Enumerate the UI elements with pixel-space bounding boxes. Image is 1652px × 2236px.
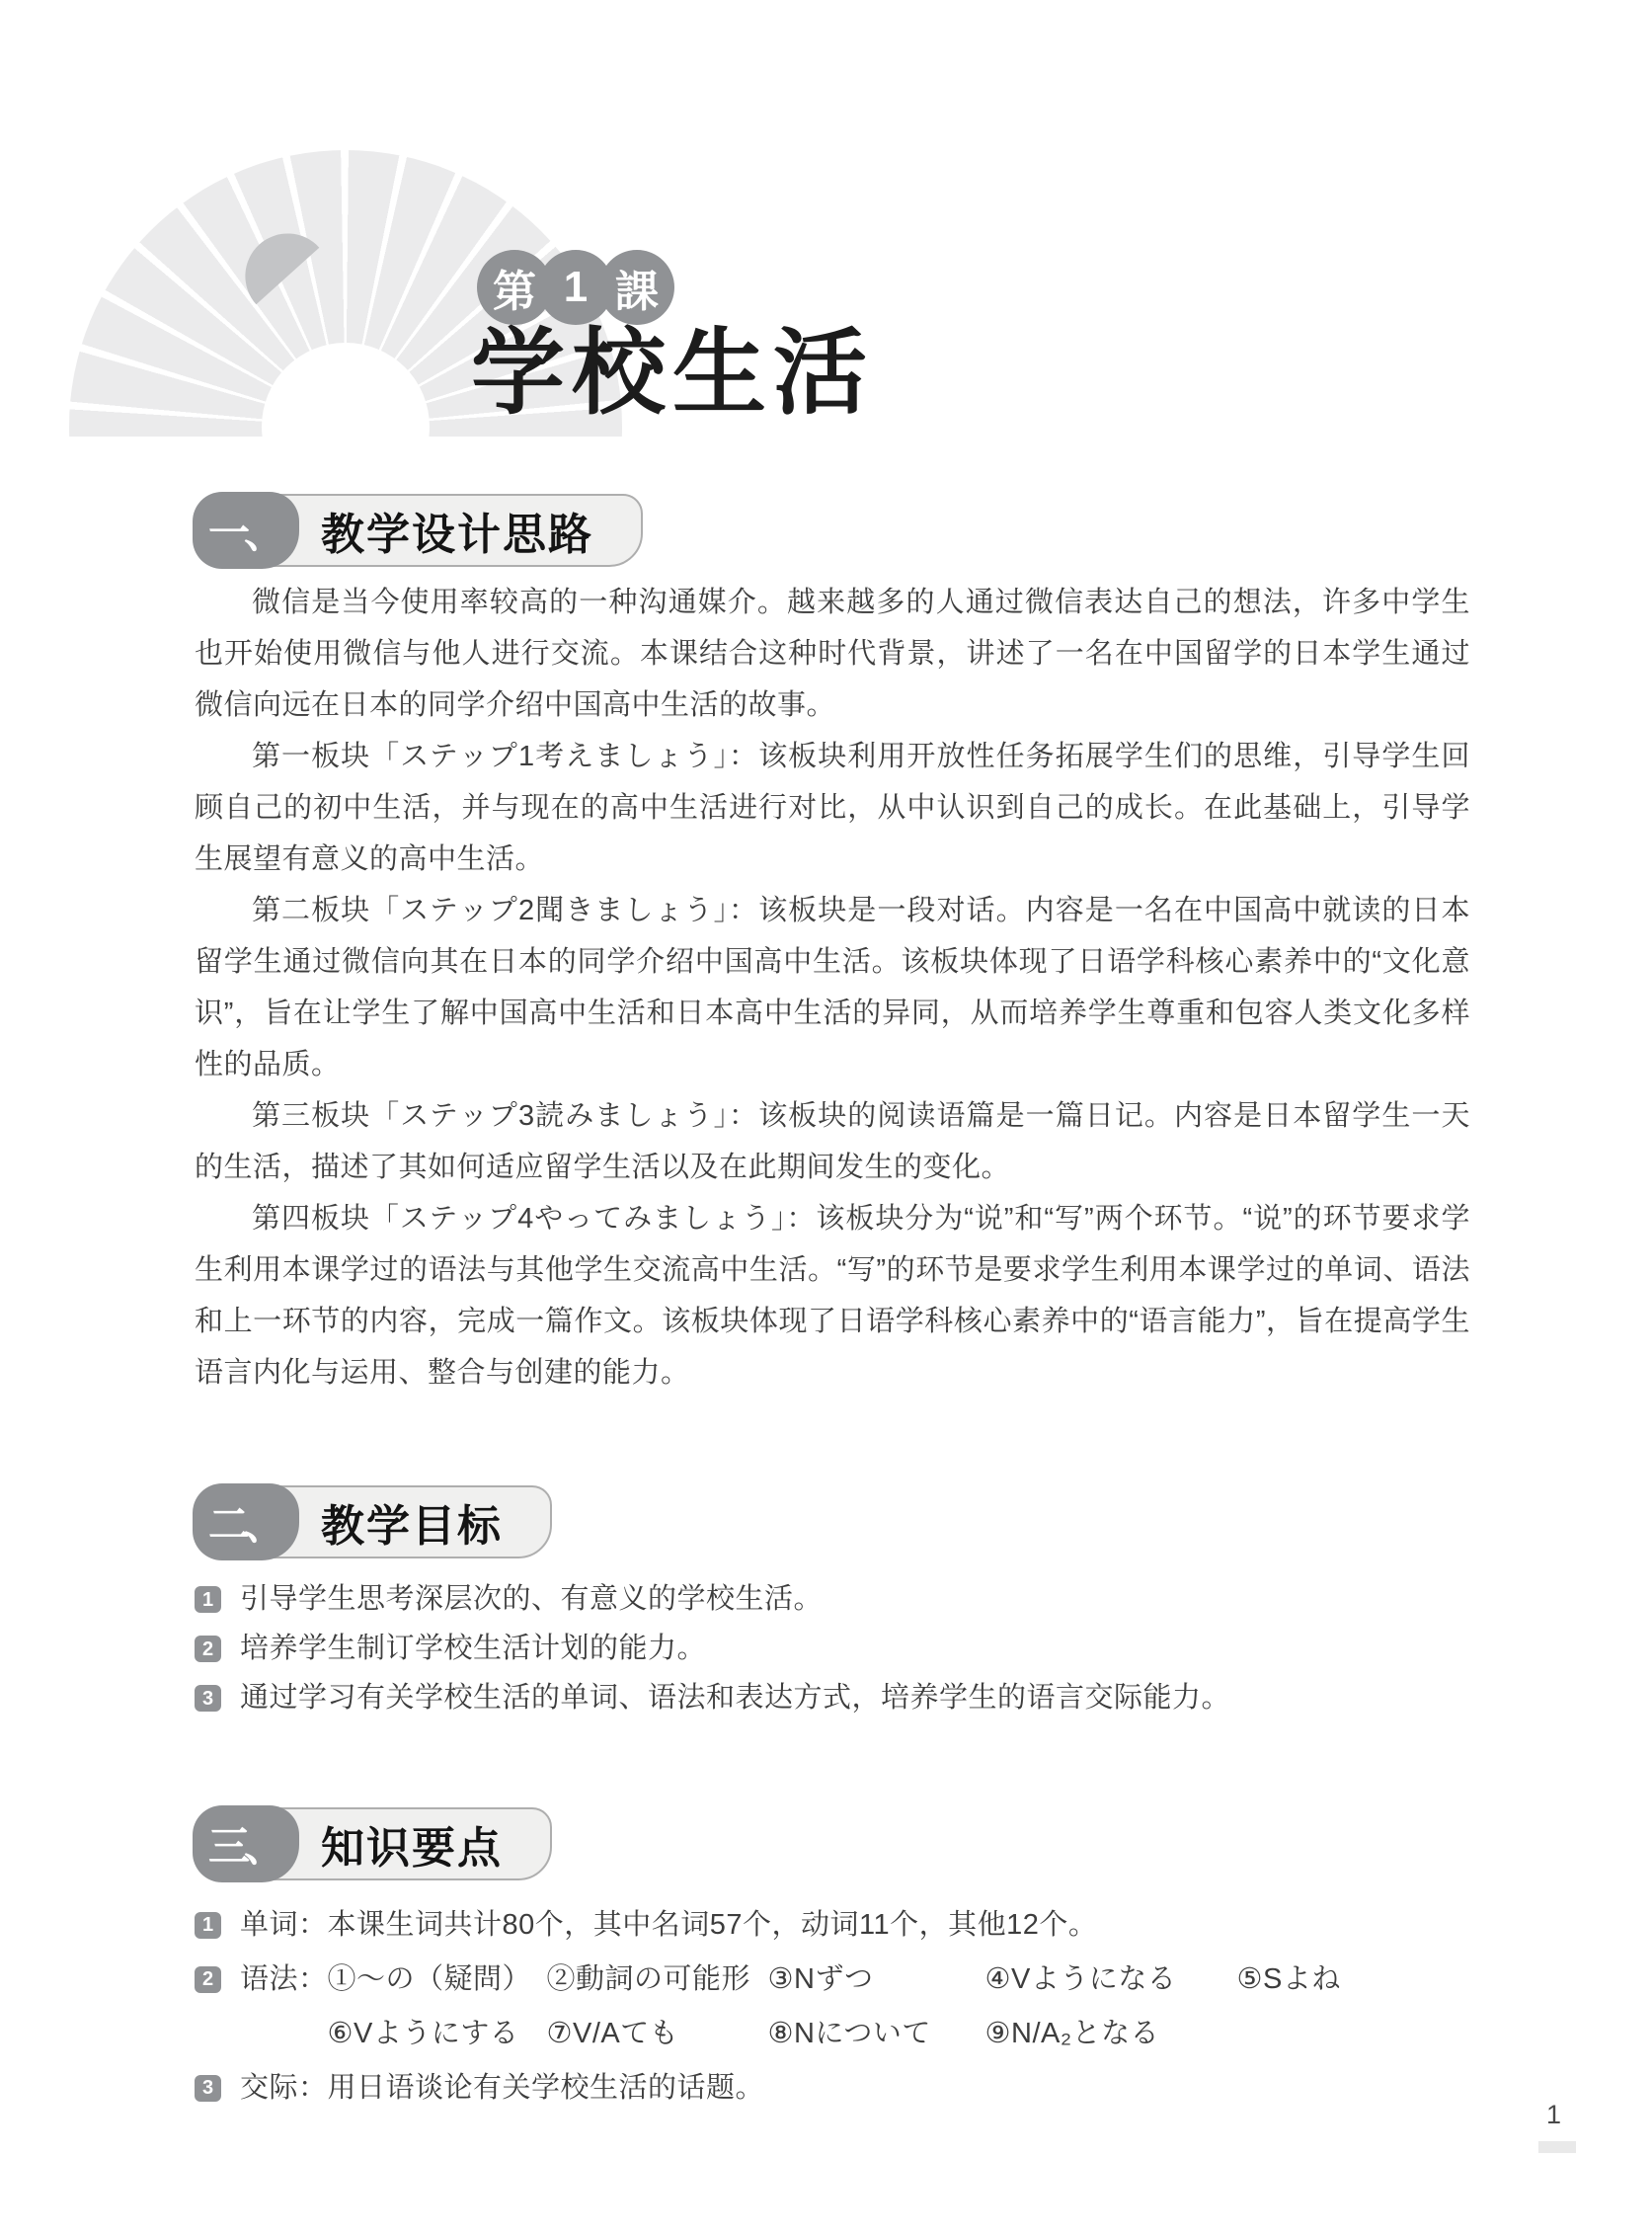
item-text: 通过学习有关学校生活的单词、语法和表达方式，培养学生的语言交际能力。 bbox=[240, 1673, 1230, 1722]
list-item: 1 引导学生思考深层次的、有意义的学校生活。 bbox=[195, 1574, 1470, 1624]
list-item: 2 培养学生制订学校生活计划的能力。 bbox=[195, 1624, 1470, 1673]
grammar-entry: ④Vようになる bbox=[985, 1953, 1237, 2007]
item-text: 本课生词共计80个，其中名词57个，动词11个，其他12个。 bbox=[328, 1898, 1098, 1953]
lesson-badge-char: 課 bbox=[599, 250, 674, 325]
list-item-communication: 3 交际： 用日语谈论有关学校生活的话题。 bbox=[195, 2061, 1470, 2116]
grammar-line-2: ⑥Vようにする ⑦V/Aても ⑧Nについて ⑨N/A₂となる bbox=[328, 2007, 1470, 2061]
list-item-words: 1 单词： 本课生词共计80个，其中名词57个，动词11个，其他12个。 bbox=[195, 1898, 1470, 1953]
textbook-page: 第 1 課 学校生活 教学设计思路 一、 微信是当今使用率较高的一种沟通媒介。越… bbox=[0, 0, 1652, 2236]
item-label: 交际： bbox=[240, 2061, 328, 2116]
item-text: 引导学生思考深层次的、有意义的学校生活。 bbox=[240, 1574, 823, 1624]
grammar-entry: ⑦V/Aても bbox=[547, 2007, 768, 2061]
grammar-entry: ①～の（疑問） bbox=[328, 1953, 547, 2007]
paragraph: 第四板块「ステップ4やってみましょう」：该板块分为“说”和“写”两个环节。“说”… bbox=[195, 1193, 1470, 1398]
points-list: 1 单词： 本课生词共计80个，其中名词57个，动词11个，其他12个。 2 语… bbox=[195, 1898, 1470, 2116]
item-number-badge: 2 bbox=[195, 1966, 221, 1993]
section-number-badge: 二、 bbox=[193, 1483, 299, 1560]
section-header-points: 知识要点 三、 bbox=[195, 1807, 552, 1880]
grammar-entry: ⑤Sよね bbox=[1237, 1953, 1470, 2007]
paragraph: 第一板块「ステップ1考えましょう」：该板块利用开放性任务拓展学生们的思维，引导学… bbox=[195, 731, 1470, 885]
item-text: 培养学生制订学校生活计划的能力。 bbox=[240, 1624, 706, 1673]
design-paragraphs: 微信是当今使用率较高的一种沟通媒介。越来越多的人通过微信表达自己的想法，许多中学… bbox=[195, 577, 1470, 1398]
page-number-bar bbox=[1538, 2141, 1576, 2153]
lesson-title: 学校生活 bbox=[471, 322, 874, 426]
item-number-badge: 3 bbox=[195, 1685, 221, 1712]
grammar-entry: ⑧Nについて bbox=[768, 2007, 985, 2061]
section-header-design: 教学设计思路 一、 bbox=[195, 494, 643, 567]
list-item-grammar: 2 语法： ①～の（疑問） ②動詞の可能形 ③Nずつ ④Vようになる ⑤Sよね … bbox=[195, 1953, 1470, 2061]
grammar-entry: ⑥Vようにする bbox=[328, 2007, 547, 2061]
item-number-badge: 1 bbox=[195, 1912, 221, 1939]
goals-list: 1 引导学生思考深层次的、有意义的学校生活。 2 培养学生制订学校生活计划的能力… bbox=[195, 1574, 1470, 1722]
list-item: 3 通过学习有关学校生活的单词、语法和表达方式，培养学生的语言交际能力。 bbox=[195, 1673, 1470, 1722]
page-number: 1 bbox=[1546, 2100, 1561, 2130]
paragraph: 微信是当今使用率较高的一种沟通媒介。越来越多的人通过微信表达自己的想法，许多中学… bbox=[195, 577, 1470, 731]
item-number-badge: 3 bbox=[195, 2075, 221, 2102]
grammar-entry: ⑨N/A₂となる bbox=[985, 2007, 1470, 2061]
section-number-badge: 三、 bbox=[193, 1805, 299, 1882]
item-label: 语法： bbox=[240, 1953, 328, 2007]
item-text: 用日语谈论有关学校生活的话题。 bbox=[328, 2061, 765, 2116]
page-content: 教学设计思路 一、 微信是当今使用率较高的一种沟通媒介。越来越多的人通过微信表达… bbox=[195, 494, 1470, 2116]
paragraph: 第二板块「ステップ2聞きましょう」：该板块是一段对话。内容是一名在中国高中就读的… bbox=[195, 885, 1470, 1090]
item-number-badge: 2 bbox=[195, 1636, 221, 1662]
section-header-goals: 教学目标 二、 bbox=[195, 1485, 552, 1558]
grammar-entry: ③Nずつ bbox=[768, 1953, 985, 2007]
section-number-badge: 一、 bbox=[193, 492, 299, 569]
lesson-number-badge: 第 1 課 bbox=[477, 250, 674, 325]
grammar-line-1: ①～の（疑問） ②動詞の可能形 ③Nずつ ④Vようになる ⑤Sよね bbox=[328, 1953, 1470, 2007]
grammar-entries: ①～の（疑問） ②動詞の可能形 ③Nずつ ④Vようになる ⑤Sよね ⑥Vようにす… bbox=[328, 1953, 1470, 2061]
item-number-badge: 1 bbox=[195, 1586, 221, 1613]
paragraph: 第三板块「ステップ3読みましょう」：该板块的阅读语篇是一篇日记。内容是日本留学生… bbox=[195, 1090, 1470, 1193]
grammar-entry: ②動詞の可能形 bbox=[547, 1953, 768, 2007]
item-label: 单词： bbox=[240, 1898, 328, 1953]
